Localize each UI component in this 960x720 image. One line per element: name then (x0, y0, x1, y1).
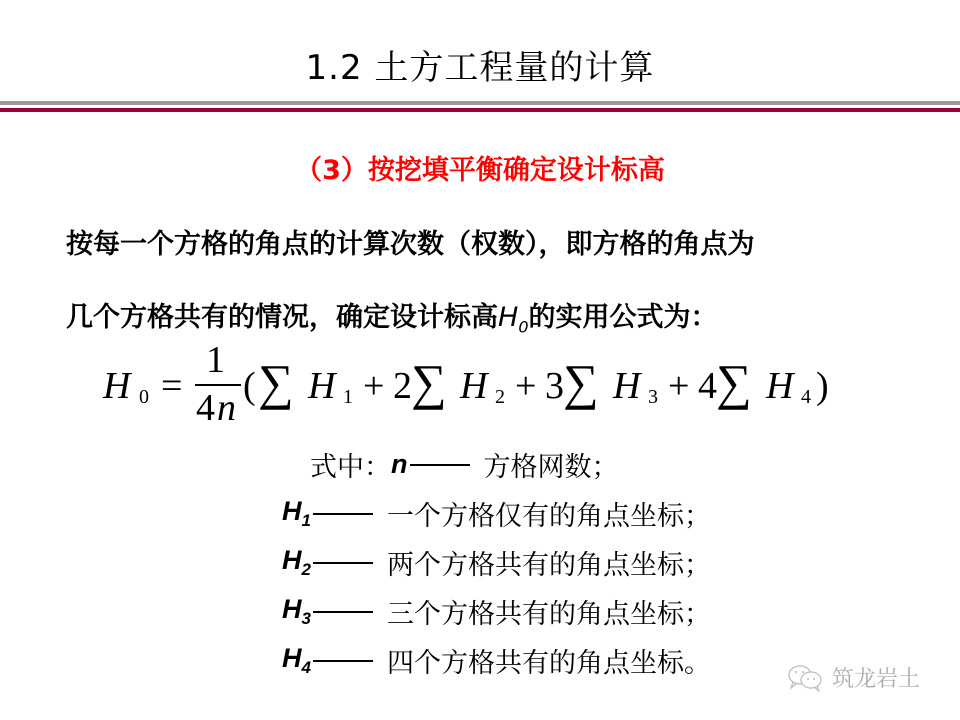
paragraph-line-2-pre: 几个方格共有的情况，确定设计标高 (66, 302, 498, 333)
dash-separator (313, 611, 373, 613)
formula-plus-3: + (668, 364, 689, 408)
dash-separator (313, 513, 373, 515)
definition-text: 方格网数； (484, 445, 619, 484)
definition-symbol: H3 (282, 594, 311, 629)
dash-separator (410, 464, 470, 466)
definition-row-h1: H1 一个方格仅有的角点坐标； (282, 489, 711, 538)
wechat-icon (786, 664, 826, 692)
definition-row-h2: H2 两个方格共有的角点坐标； (282, 538, 711, 587)
formula-lhs: H (103, 364, 130, 408)
paragraph-line-2-post: 的实用公式为： (529, 302, 718, 333)
formula-h1-sub: 1 (343, 386, 353, 409)
definition-symbol: n (391, 449, 408, 480)
formula-coef-3: 3 (545, 364, 564, 408)
formula-coef-2: 2 (393, 364, 412, 408)
definition-symbol: H4 (282, 643, 311, 678)
formula-h4: H (766, 364, 793, 408)
formula-h3-sub: 3 (648, 386, 658, 409)
h0-symbol: H0 (498, 302, 529, 333)
formula-equals: = (161, 364, 182, 408)
formula-frac-den-var: n (217, 386, 236, 430)
formula-close-paren: ) (816, 364, 829, 408)
formula-plus-2: + (515, 364, 536, 408)
definition-text: 一个方格仅有的角点坐标； (387, 494, 711, 533)
formula-open-paren: ( (243, 364, 256, 408)
sigma-icon: ∑ (716, 353, 752, 411)
dash-separator (313, 660, 373, 662)
formula-h1: H (308, 364, 335, 408)
section-subtitle: （3）按挖填平衡确定设计标高 (0, 148, 960, 187)
paragraph-line-1: 按每一个方格的角点的计算次数（权数），即方格的角点为 (66, 222, 755, 261)
sigma-icon: ∑ (563, 353, 599, 411)
definition-row-h3: H3 三个方格共有的角点坐标； (282, 587, 711, 636)
formula-h3: H (613, 364, 640, 408)
sigma-icon: ∑ (258, 353, 294, 411)
definition-text: 四个方格共有的角点坐标。 (387, 641, 711, 680)
dash-separator (313, 562, 373, 564)
formula-lhs-sub: 0 (139, 386, 149, 409)
watermark: 筑龙岩土 (786, 662, 920, 693)
definition-row-n: 式中： n 方格网数； (282, 440, 711, 489)
slide-title: 1.2 土方工程量的计算 (0, 40, 960, 89)
formula-coef-4: 4 (698, 364, 717, 408)
sigma-icon: ∑ (411, 353, 447, 411)
formula-h2: H (460, 364, 487, 408)
definition-symbol: H1 (282, 496, 311, 531)
design-elevation-formula: H 0 = 1 4 n ( ∑ H 1 + 2 ∑ H 2 + 3 ∑ H 3 … (103, 344, 843, 434)
definition-text: 两个方格共有的角点坐标； (387, 543, 711, 582)
definition-row-h4: H4 四个方格共有的角点坐标。 (282, 636, 711, 685)
formula-h2-sub: 2 (495, 386, 505, 409)
watermark-text: 筑龙岩土 (832, 662, 920, 693)
definitions-list: 式中： n 方格网数； H1 一个方格仅有的角点坐标； H2 两个方格共有的角点… (282, 440, 711, 685)
definition-symbol: H2 (282, 545, 311, 580)
title-divider-gray (0, 101, 960, 105)
definition-intro: 式中： (310, 445, 391, 484)
formula-frac-den-num: 4 (196, 386, 215, 430)
formula-h4-sub: 4 (801, 386, 811, 409)
definition-text: 三个方格共有的角点坐标； (387, 592, 711, 631)
formula-frac-numerator: 1 (206, 338, 225, 382)
paragraph-line-2: 几个方格共有的情况，确定设计标高H0的实用公式为： (66, 295, 718, 336)
formula-plus-1: + (363, 364, 384, 408)
title-divider-maroon (0, 108, 960, 112)
